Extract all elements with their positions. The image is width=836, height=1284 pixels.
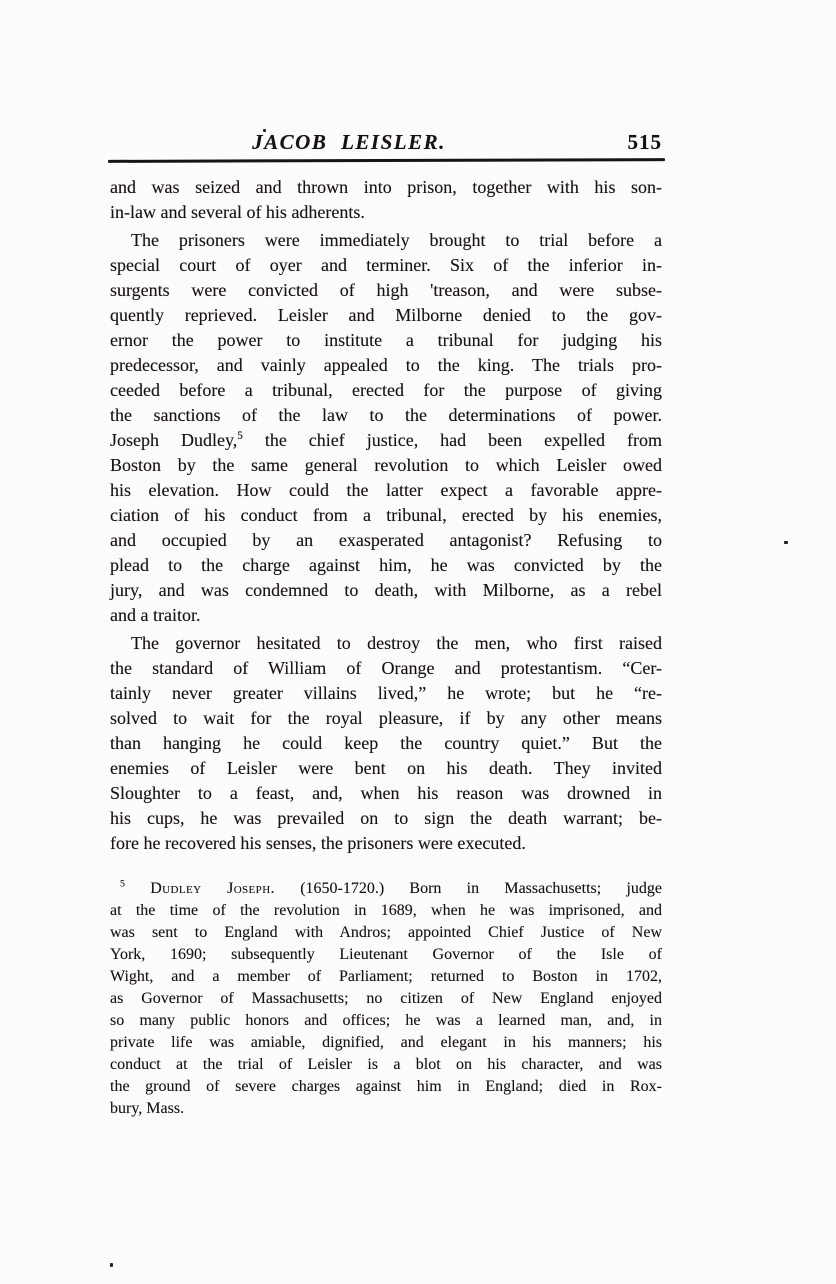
text-line: private life was amiable, dignified, and…	[110, 1032, 662, 1054]
body-paragraph: and was seized and thrown into prison, t…	[110, 175, 662, 225]
text-line: the standard of William of Orange and pr…	[110, 656, 662, 681]
text-line: so many public honors and offices; he wa…	[110, 1010, 662, 1032]
body-paragraph: The governor hesitated to destroy the me…	[110, 631, 662, 856]
text-line: enemies of Leisler were bent on his deat…	[110, 756, 662, 781]
footnote: 5 Dudley Joseph. (1650-1720.) Born in Ma…	[110, 878, 662, 1120]
text-line: the sanctions of the law to the determin…	[110, 403, 662, 428]
text-line: surgents were convicted of high 'treason…	[110, 278, 662, 303]
text-line: predecessor, and vainly appealed to the …	[110, 353, 662, 378]
footnote-marker: 5	[237, 430, 243, 442]
text-line: and was seized and thrown into prison, t…	[110, 175, 662, 200]
footnote-marker: 5	[120, 879, 125, 890]
text-block: JACOB LEISLER. 515 and was seized and th…	[110, 0, 662, 1284]
text-line: The prisoners were immediately brought t…	[110, 228, 662, 253]
text-line: 5 Dudley Joseph. (1650-1720.) Born in Ma…	[110, 878, 662, 900]
running-header-title: JACOB LEISLER.	[110, 130, 588, 154]
text-line: special court of oyer and terminer. Six …	[110, 253, 662, 278]
text-line: conduct at the trial of Leisler is a blo…	[110, 1054, 662, 1076]
ink-speck	[110, 1263, 113, 1267]
text-line: bury, Mass.	[110, 1098, 662, 1120]
text-line: York, 1690; subsequently Lieutenant Gove…	[110, 944, 662, 966]
small-caps-name: Dudley Joseph.	[150, 880, 275, 897]
text-line: fore he recovered his senses, the prison…	[110, 831, 662, 856]
text-line: ceeded before a tribunal, erected for th…	[110, 378, 662, 403]
text-line: and a traitor.	[110, 603, 662, 628]
text-line: jury, and was condemned to death, with M…	[110, 578, 662, 603]
text-line: ernor the power to institute a tribunal …	[110, 328, 662, 353]
text-line: Sloughter to a feast, and, when his reas…	[110, 781, 662, 806]
ink-speck	[784, 541, 788, 544]
text-line: plead to the charge against him, he was …	[110, 553, 662, 578]
text-line: was sent to England with Andros; appoint…	[110, 922, 662, 944]
body-paragraph: The prisoners were immediately brought t…	[110, 228, 662, 628]
text-line: solved to wait for the royal pleasure, i…	[110, 706, 662, 731]
text-line: Wight, and a member of Parliament; retur…	[110, 966, 662, 988]
text-line: at the time of the revolution in 1689, w…	[110, 900, 662, 922]
text-line: his elevation. How could the latter expe…	[110, 478, 662, 503]
ink-speck	[263, 129, 266, 132]
text-line: Joseph Dudley,5 the chief justice, had b…	[110, 428, 662, 453]
scanned-book-page: JACOB LEISLER. 515 and was seized and th…	[0, 0, 836, 1284]
text-line: in-law and several of his adherents.	[110, 200, 662, 225]
text-line: the ground of severe charges against him…	[110, 1076, 662, 1098]
body-text: and was seized and thrown into prison, t…	[110, 175, 662, 856]
text-line: ciation of his conduct from a tribunal, …	[110, 503, 662, 528]
text-line: quently reprieved. Leisler and Milborne …	[110, 303, 662, 328]
text-line: Boston by the same general revolution to…	[110, 453, 662, 478]
text-line: his cups, he was prevailed on to sign th…	[110, 806, 662, 831]
text-line: The governor hesitated to destroy the me…	[110, 631, 662, 656]
text-line: tainly never greater villains lived,” he…	[110, 681, 662, 706]
text-line: as Governor of Massachusetts; no citizen…	[110, 988, 662, 1010]
page-number: 515	[628, 130, 663, 154]
text-line: than hanging he could keep the country q…	[110, 731, 662, 756]
text-line: and occupied by an exasperated antagonis…	[110, 528, 662, 553]
header-rule	[108, 158, 665, 163]
